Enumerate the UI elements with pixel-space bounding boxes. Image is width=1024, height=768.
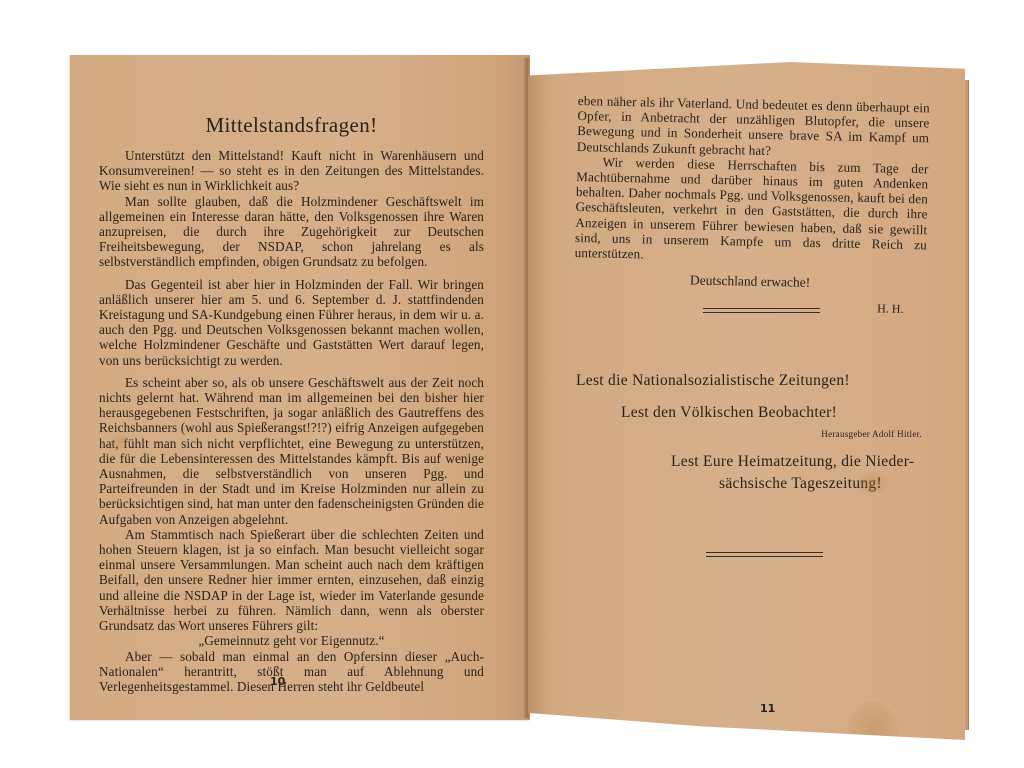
page-title: Mittelstandsfragen!: [99, 113, 484, 138]
paragraph: Aber — sobald man einmal an den Opfersin…: [99, 649, 484, 695]
ad-line-1: Lest die Nationalsozialistische Zeitunge…: [576, 372, 926, 390]
left-page: Mittelstandsfragen! Unterstützt den Mitt…: [70, 55, 530, 720]
paper-stain: [848, 702, 898, 762]
page-number-right: 11: [760, 702, 775, 715]
right-page: eben näher als ihr Vaterland. Und bedeut…: [528, 62, 965, 740]
article-body: Unterstützt den Mittelstand! Kauft nicht…: [99, 148, 484, 694]
double-rule-divider: [706, 552, 823, 557]
page-number-left: 10: [270, 675, 285, 688]
article-continuation: eben näher als ihr Vaterland. Und bedeut…: [574, 93, 929, 268]
ad-line-2: Lest den Völkischen Beobachter!: [621, 404, 926, 422]
paper-stain: [858, 472, 888, 494]
paragraph: Es scheint aber so, als ob unsere Geschä…: [99, 375, 484, 527]
paragraph: Das Gegenteil ist aber hier in Holzminde…: [99, 277, 484, 368]
motto-quote: „Gemeinnutz geht vor Eigennutz.“: [99, 633, 484, 648]
ad-line-3: Lest Eure Heimatzeitung, die Nieder- säc…: [671, 451, 926, 495]
booklet-photo: Mittelstandsfragen! Unterstützt den Mitt…: [0, 0, 1024, 768]
paragraph: Man sollte glauben, daß die Holzmindener…: [99, 194, 484, 270]
signature: H. H.: [573, 295, 925, 317]
left-page-content: Mittelstandsfragen! Unterstützt den Mitt…: [99, 113, 484, 694]
paragraph: eben näher als ihr Vaterland. Und bedeut…: [577, 93, 930, 161]
double-rule-divider: [703, 308, 820, 313]
paragraph: Unterstützt den Mittelstand! Kauft nicht…: [99, 148, 484, 194]
ad-line-3a: Lest Eure Heimatzeitung, die Nieder-: [671, 453, 914, 470]
ad-line-2-note: Herausgeber Adolf Hitler.: [576, 429, 926, 439]
closing-slogan: Deutschland erwache!: [574, 270, 926, 293]
paper-stain: [110, 435, 130, 449]
paragraph: Am Stammtisch nach Spießerart über die s…: [99, 527, 484, 633]
right-page-content: eben näher als ihr Vaterland. Und bedeut…: [573, 93, 929, 318]
paragraph: Wir werden diese Herrschaften bis zum Ta…: [574, 154, 928, 268]
